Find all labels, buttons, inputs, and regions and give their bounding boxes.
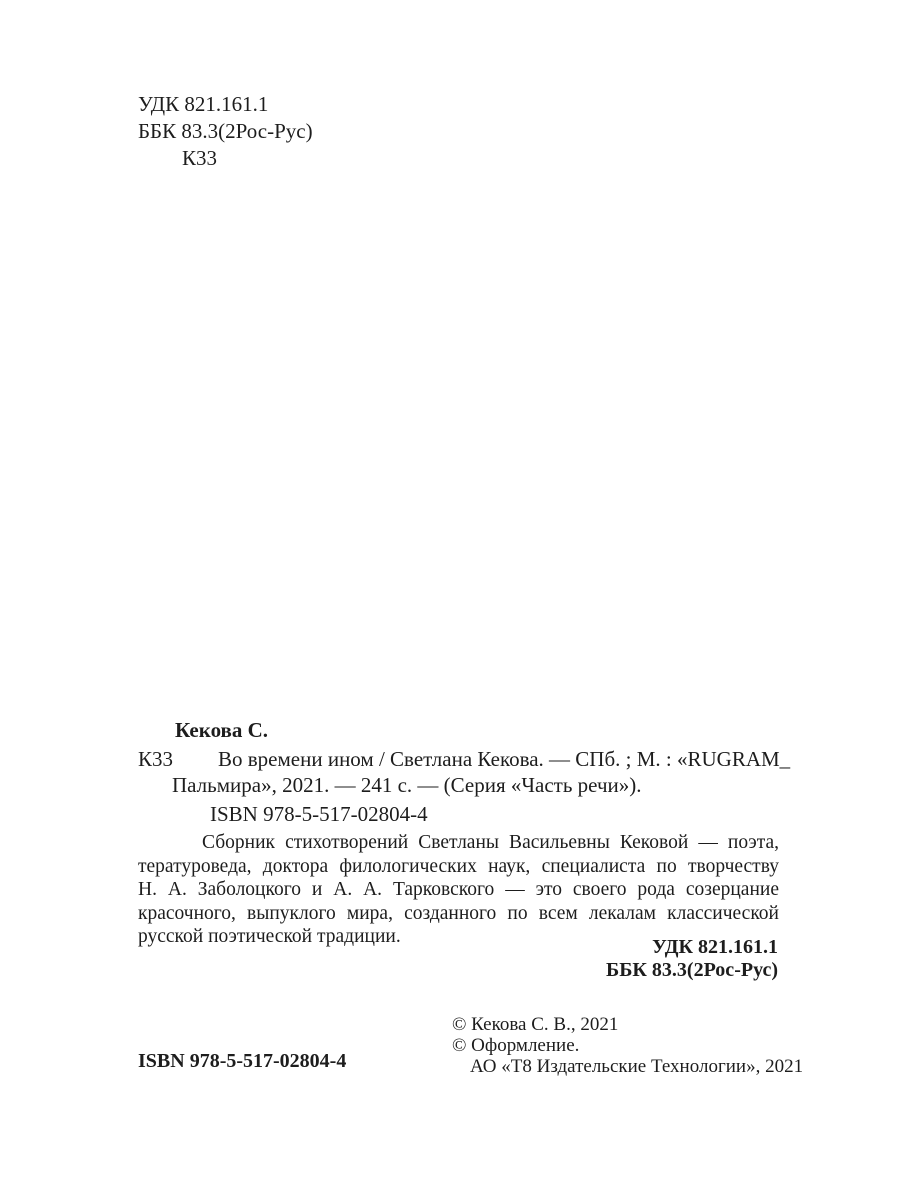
- copyright-author-line: © Кекова С. В., 2021: [452, 1014, 803, 1035]
- author-code-line: К33: [138, 145, 313, 172]
- annotation-line: тературоведа, доктора филологических нау…: [138, 855, 779, 879]
- annotation-line: Сборник стихотворений Светланы Васильевн…: [138, 831, 779, 855]
- bib-entry-row: К33Во времени ином / Светлана Кекова. — …: [138, 747, 798, 772]
- copyright-publisher-line: АО «Т8 Издательские Технологии», 2021: [452, 1056, 803, 1077]
- bib-entry-continuation-line: Пальмира», 2021. — 241 с. — (Серия «Част…: [172, 773, 642, 798]
- bib-author-heading: Кекова С.: [175, 718, 268, 743]
- bib-entry-title-line: Во времени ином / Светлана Кекова. — СПб…: [218, 747, 790, 771]
- udk-code-line: УДК 821.161.1: [138, 91, 313, 118]
- annotation-paragraph: Сборник стихотворений Светланы Васильевн…: [138, 831, 779, 949]
- bib-isbn-line: ISBN 978-5-517-02804-4: [210, 802, 428, 827]
- annotation-line: Н. А. Заболоцкого и А. А. Тарковского — …: [138, 878, 779, 902]
- annotation-line: красочного, выпуклого мира, созданного п…: [138, 902, 779, 926]
- footer-isbn-line: ISBN 978-5-517-02804-4: [138, 1050, 346, 1073]
- bbk-code-line: ББК 83.3(2Рос-Рус): [138, 118, 313, 145]
- top-codes-block: УДК 821.161.1 ББК 83.3(2Рос-Рус) К33: [138, 91, 313, 172]
- bbk-code-line-right: ББК 83.3(2Рос-Рус): [606, 959, 778, 982]
- udk-code-line-right: УДК 821.161.1: [606, 936, 778, 959]
- bib-entry-code: К33: [138, 747, 218, 772]
- book-imprint-page: УДК 821.161.1 ББК 83.3(2Рос-Рус) К33 Кек…: [0, 0, 900, 1200]
- copyright-design-line: © Оформление.: [452, 1035, 803, 1056]
- copyright-block: © Кекова С. В., 2021 © Оформление. АО «Т…: [452, 1014, 803, 1077]
- right-codes-block: УДК 821.161.1 ББК 83.3(2Рос-Рус): [606, 936, 778, 982]
